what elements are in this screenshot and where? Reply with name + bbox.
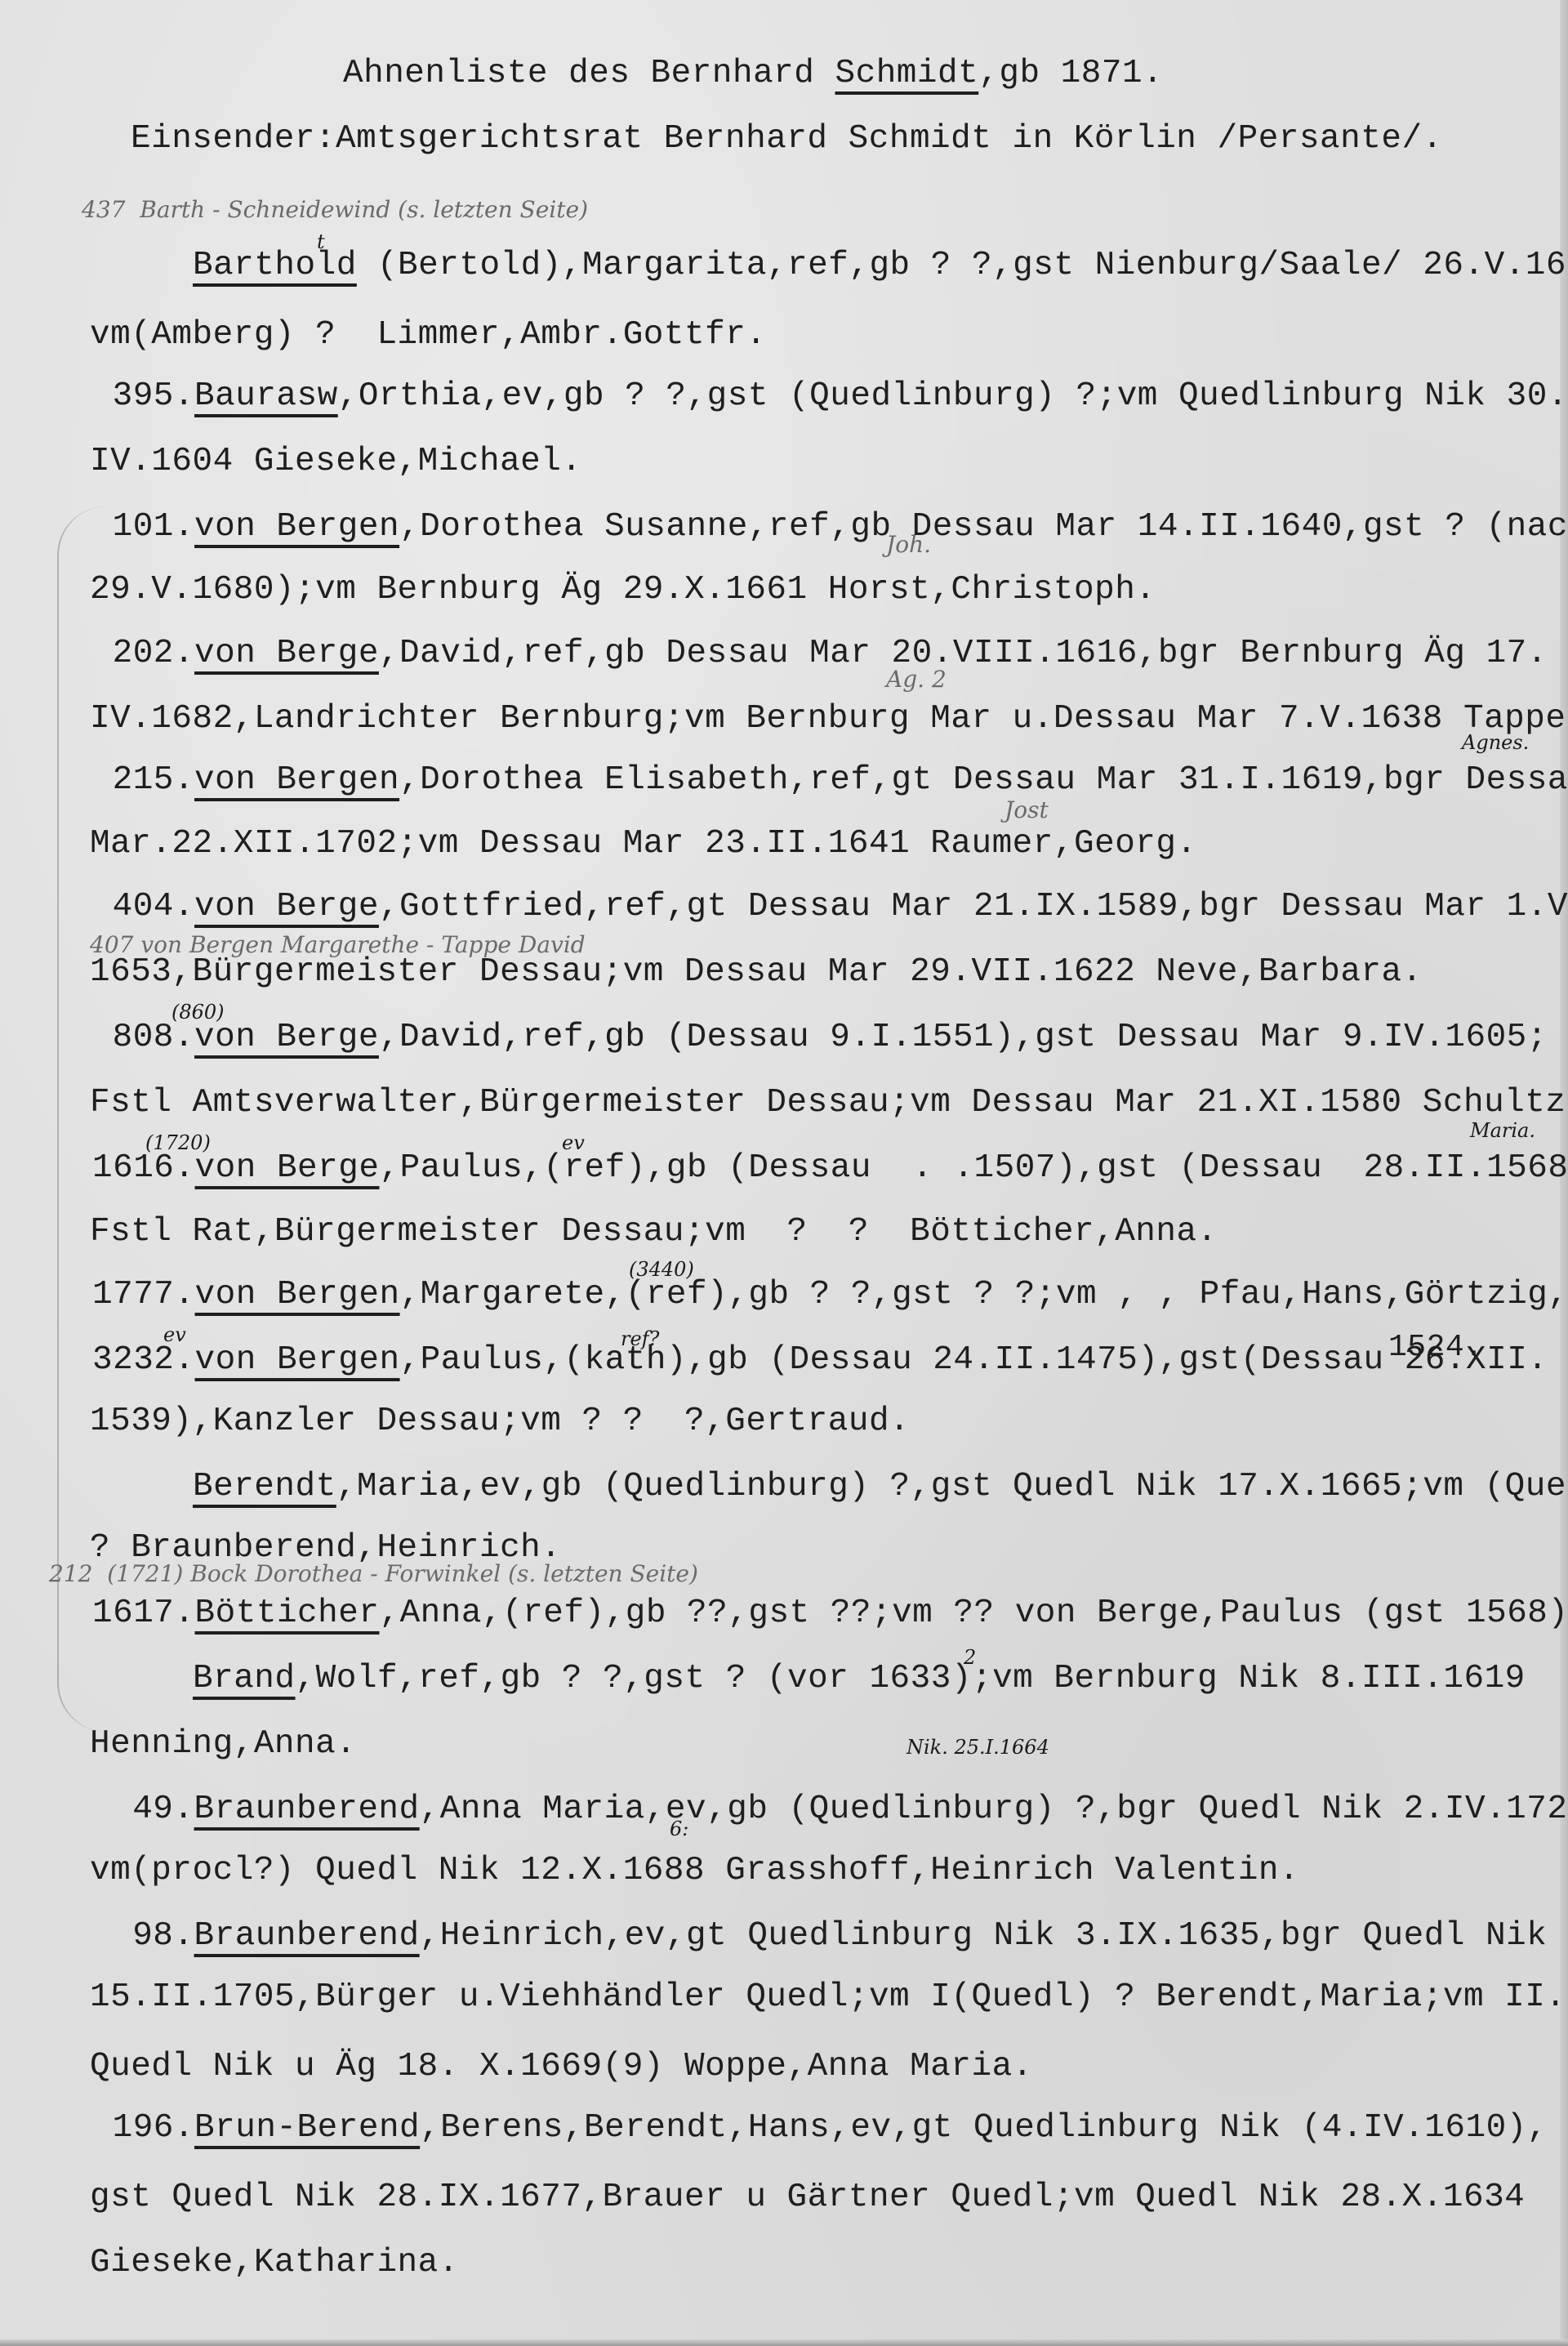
ancestor-entry-continuation: IV.1682,Landrichter Bernburg;vm Bernburg… — [90, 698, 1568, 739]
title-suffix: ,gb 1871. — [978, 55, 1163, 92]
ancestor-details: ,Orthia,ev,gb ? ?,gst (Quedlinburg) ?;vm… — [338, 377, 1568, 415]
ancestor-entry-continuation: IV.1604 Gieseke,Michael. — [90, 441, 582, 482]
ancestor-entry: 3232.von Bergen,Paulus,(kath),gb (Dessau… — [92, 1340, 1548, 1380]
ancestor-details: ,David,ref,gb (Dessau 9.I.1551),gst Dess… — [379, 1019, 1548, 1056]
ancestor-number: 404. — [113, 888, 194, 925]
ancestor-details: ,Berens,Berendt,Hans,ev,gt Quedlinburg N… — [420, 2109, 1548, 2147]
ancestor-surname: von Berge — [194, 888, 379, 925]
ancestor-details: ,Anna,(ref),gb ??,gst ??;vm ?? von Berge… — [379, 1594, 1568, 1632]
handwritten-note: Nik. 25.I.1664 — [906, 1736, 1049, 1759]
scanned-page: Ahnenliste des Bernhard Schmidt,gb 1871.… — [0, 0, 1568, 2346]
ancestor-surname: von Berge — [194, 1019, 379, 1056]
ancestor-surname: von Bergen — [195, 1341, 400, 1379]
ancestor-surname: Bötticher — [195, 1594, 380, 1632]
submitter-line: Einsender:Amtsgerichtsrat Bernhard Schmi… — [131, 118, 1443, 159]
ancestor-surname: Brand — [193, 1660, 296, 1697]
ancestor-entry: 202.von Berge,David,ref,gb Dessau Mar 20… — [113, 633, 1548, 674]
ancestor-entry: 1777.von Bergen,Margarete,(ref),gb ? ?,g… — [92, 1274, 1568, 1315]
ancestor-surname: von Bergen — [195, 1276, 400, 1313]
ancestor-entry-continuation: ? Braunberend,Heinrich. — [90, 1528, 561, 1568]
ancestor-entry: 101.von Bergen,Dorothea Susanne,ref,gb D… — [113, 506, 1568, 547]
ancestor-surname: von Bergen — [194, 508, 399, 546]
ancestor-number: 101. — [113, 508, 194, 546]
ancestor-entry-continuation: Fstl Rat,Bürgermeister Dessau;vm ? ? Böt… — [90, 1211, 1218, 1252]
ancestor-entry: 196.Brun-Berend,Berens,Berendt,Hans,ev,g… — [113, 2107, 1548, 2148]
title-prefix: Ahnenliste des Bernhard — [343, 55, 835, 92]
ancestor-entry-continuation: 1653,Bürgermeister Dessau;vm Dessau Mar … — [90, 952, 1423, 992]
ancestor-number: 49. — [132, 1791, 194, 1828]
ancestor-entry: 395.Baurasw,Orthia,ev,gb ? ?,gst (Quedli… — [113, 376, 1568, 417]
title-surname: Schmidt — [835, 55, 979, 92]
ancestor-entry: 98.Braunberend,Heinrich,ev,gt Quedlinbur… — [132, 1916, 1547, 1956]
ancestor-surname: Braunberend — [194, 1791, 420, 1828]
ancestor-entry: 404.von Berge,Gottfried,ref,gt Dessau Ma… — [113, 886, 1568, 927]
ancestor-details: ,Wolf,ref,gb ? ?,gst ? (vor 1633);vm Ber… — [296, 1660, 1526, 1697]
ancestor-details: ,Maria,ev,gb (Quedlinburg) ?,gst Quedl N… — [336, 1468, 1568, 1505]
ancestor-entry: Berendt,Maria,ev,gb (Quedlinburg) ?,gst … — [193, 1466, 1568, 1507]
ancestor-details: ,Dorothea Elisabeth,ref,gt Dessau Mar 31… — [399, 761, 1568, 799]
ancestor-details: ,Gottfried,ref,gt Dessau Mar 21.IX.1589,… — [379, 888, 1568, 925]
ancestor-number: 202. — [113, 635, 194, 672]
ancestor-entry: Barthold (Bertold),Margarita,ref,gb ? ?,… — [193, 245, 1568, 286]
ancestor-number: 808. — [113, 1019, 194, 1056]
ancestor-entry-continuation: Fstl Amtsverwalter,Bürgermeister Dessau;… — [90, 1082, 1568, 1123]
ancestor-number: 3232. — [92, 1341, 195, 1379]
ancestor-details: ,Paulus,(ref),gb (Dessau . .1507),gst (D… — [379, 1149, 1568, 1187]
ancestor-details: ,David,ref,gb Dessau Mar 20.VIII.1616,bg… — [379, 635, 1548, 672]
ancestor-surname: Berendt — [193, 1468, 336, 1505]
ancestor-number: 395. — [113, 377, 194, 415]
ancestor-surname: Brun-Berend — [194, 2109, 420, 2147]
ancestor-entry-continuation: Quedl Nik u Äg 18. X.1669(9) Woppe,Anna … — [90, 2046, 1033, 2087]
ancestor-entry-continuation: vm(procl?) Quedl Nik 12.X.1688 Grasshoff… — [90, 1850, 1299, 1891]
ancestor-entry: 49.Braunberend,Anna Maria,ev,gb (Quedlin… — [132, 1789, 1568, 1830]
ancestor-entry-continuation: vm(Amberg) ? Limmer,Ambr.Gottfr. — [90, 314, 766, 355]
ancestor-details: ,Heinrich,ev,gt Quedlinburg Nik 3.IX.163… — [420, 1917, 1548, 1955]
ancestor-details: ,Dorothea Susanne,ref,gb Dessau Mar 14.I… — [399, 508, 1568, 546]
ancestor-surname: von Berge — [195, 1149, 380, 1187]
ancestor-number: 215. — [113, 761, 194, 799]
page-edge-bottom — [0, 2339, 1568, 2346]
ancestor-entry-continuation: 1539),Kanzler Dessau;vm ? ? ?,Gertraud. — [90, 1401, 910, 1442]
ancestor-entry-continuation: 15.II.1705,Bürger u.Viehhändler Quedl;vm… — [90, 1977, 1566, 2018]
ancestor-details: ,Paulus,(kath),gb (Dessau 24.II.1475),gs… — [400, 1341, 1548, 1379]
ancestor-entry: 808.von Berge,David,ref,gb (Dessau 9.I.1… — [113, 1017, 1548, 1058]
ancestor-entry: Brand,Wolf,ref,gb ? ?,gst ? (vor 1633);v… — [193, 1658, 1526, 1699]
ancestor-surname: Baurasw — [194, 377, 338, 415]
ancestor-entry-continuation: Mar.22.XII.1702;vm Dessau Mar 23.II.1641… — [90, 823, 1197, 864]
ancestor-surname: Barthold — [193, 247, 357, 284]
ancestor-entry-continuation: 29.V.1680);vm Bernburg Äg 29.X.1661 Hors… — [90, 569, 1156, 610]
ancestor-surname: von Berge — [194, 635, 379, 672]
ancestor-number: 1616. — [92, 1149, 195, 1187]
ancestor-surname: Braunberend — [194, 1917, 420, 1955]
page-title: Ahnenliste des Bernhard Schmidt,gb 1871. — [343, 53, 1163, 94]
handwritten-note: 437 Barth - Schneidewind (s. letzten Sei… — [82, 196, 588, 223]
ancestor-entry: 215.von Bergen,Dorothea Elisabeth,ref,gt… — [113, 760, 1568, 801]
ancestor-entry: 1617.Bötticher,Anna,(ref),gb ??,gst ??;v… — [92, 1593, 1568, 1634]
ancestor-entry-continuation: gst Quedl Nik 28.IX.1677,Brauer u Gärtne… — [90, 2177, 1525, 2218]
ancestor-entry-continuation: Henning,Anna. — [90, 1724, 356, 1764]
ancestor-details: (Bertold),Margarita,ref,gb ? ?,gst Nienb… — [357, 247, 1568, 284]
ancestor-number: 196. — [113, 2109, 194, 2147]
ancestor-entry: 1616.von Berge,Paulus,(ref),gb (Dessau .… — [92, 1148, 1568, 1189]
ancestor-entry-continuation: Gieseke,Katharina. — [90, 2242, 459, 2283]
ancestor-number: 98. — [132, 1917, 194, 1955]
ancestor-surname: von Bergen — [194, 761, 399, 799]
ancestor-number: 1777. — [92, 1276, 195, 1313]
ancestor-details: ,Anna Maria,ev,gb (Quedlinburg) ?,bgr Qu… — [420, 1791, 1568, 1828]
ancestor-number: 1617. — [92, 1594, 195, 1632]
ancestor-details: ,Margarete,(ref),gb ? ?,gst ? ?;vm , , P… — [400, 1276, 1568, 1313]
